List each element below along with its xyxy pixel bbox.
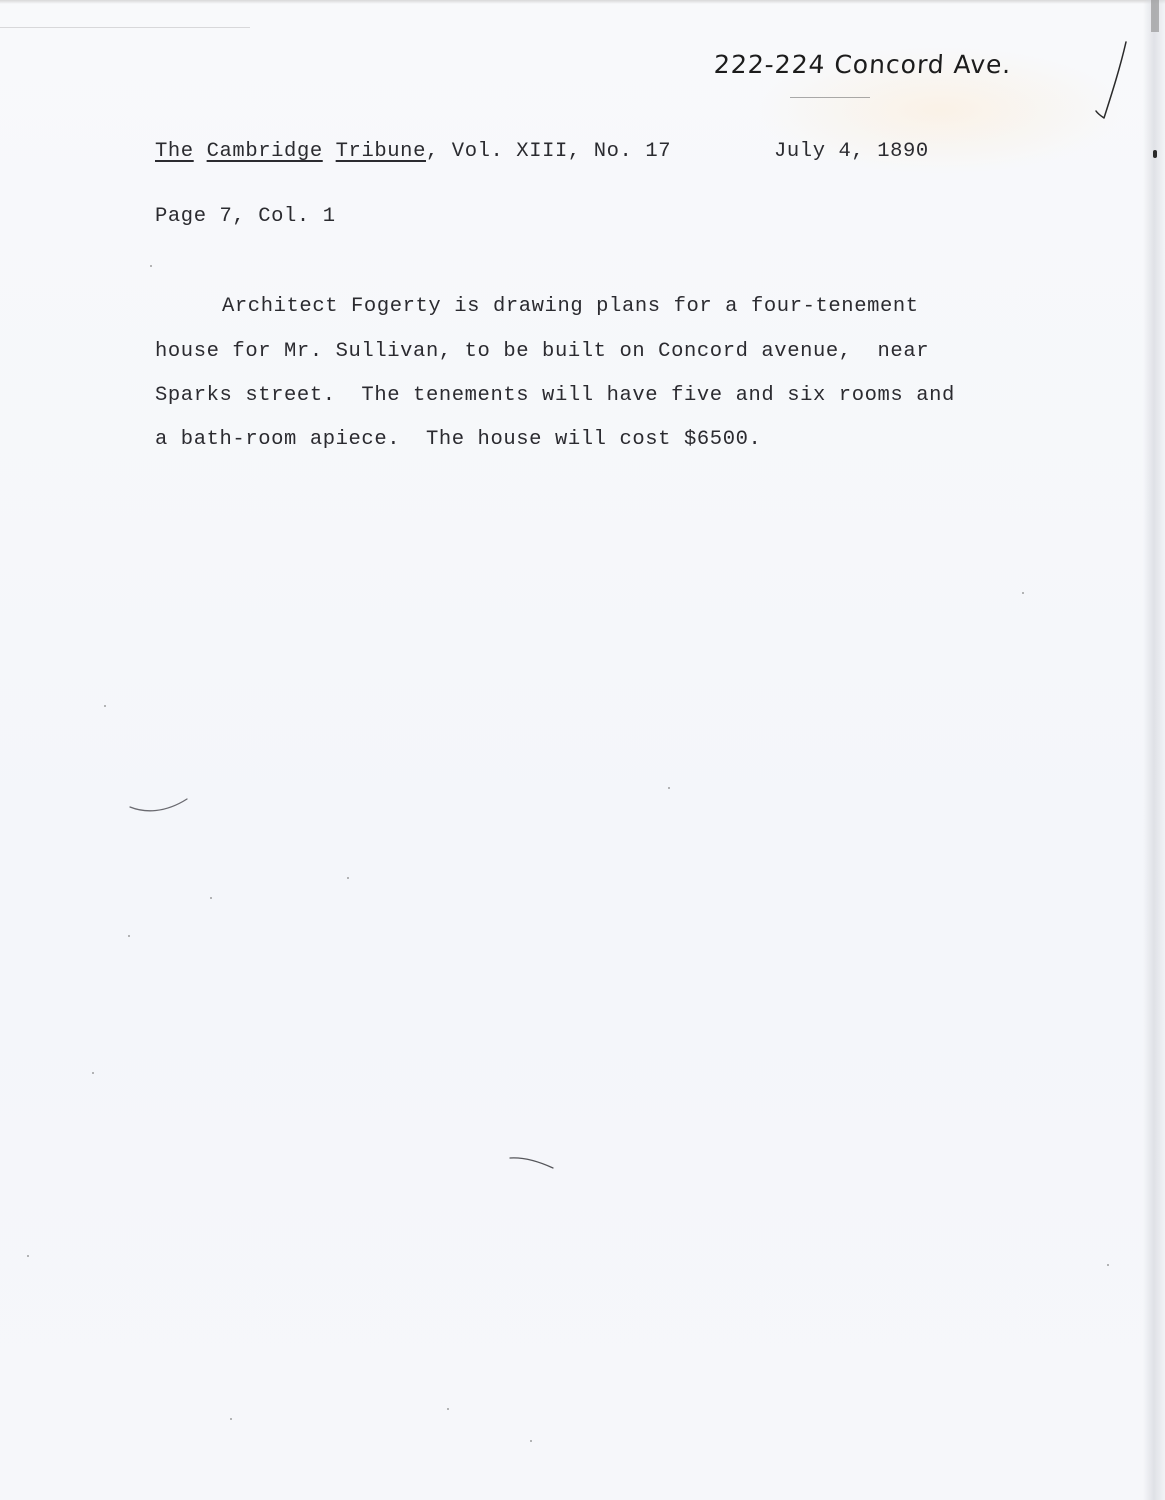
scan-speck [447,1408,449,1410]
scan-speck [347,877,349,879]
volume-number: , Vol. XIII, No. 17 [426,140,671,163]
pencil-stroke [505,1150,560,1175]
body-line: Architect Fogerty is drawing plans for a… [222,297,919,318]
check-mark-icon [1090,38,1130,126]
page-right-edge [1143,0,1165,1500]
handwritten-address: 222-224 Concord Ave. [713,50,1012,79]
scan-edge-mark [1151,0,1159,32]
page-reference: Page 7, Col. 1 [155,207,336,228]
publication-word: Tribune [336,140,426,163]
scan-speck [210,897,212,899]
publication-word: Cambridge [207,140,323,163]
body-line: Sparks street. The tenements will have f… [155,386,955,407]
scan-speck [230,1418,232,1420]
scan-speck [530,1440,532,1442]
scan-speck [1022,592,1024,594]
scan-speck [104,705,106,707]
publication-date: July 4, 1890 [774,142,929,163]
scan-speck [92,1072,94,1074]
pencil-stroke [125,795,195,820]
scan-speck [1107,1264,1109,1266]
body-line: house for Mr. Sullivan, to be built on C… [155,342,929,363]
scan-speck [668,787,670,789]
scan-speck [27,1255,29,1257]
citation-line: The Cambridge Tribune, Vol. XIII, No. 17 [155,142,671,163]
scanned-page: 222-224 Concord Ave. The Cambridge Tribu… [0,0,1165,1500]
scan-artifact-line [0,27,250,28]
scan-edge-dot [1153,150,1157,158]
pencil-underline [790,97,870,98]
body-line: a bath-room apiece. The house will cost … [155,430,761,451]
scan-speck [128,935,130,937]
scan-speck [150,265,152,267]
publication-word: The [155,140,194,163]
page-top-edge [0,0,1165,4]
